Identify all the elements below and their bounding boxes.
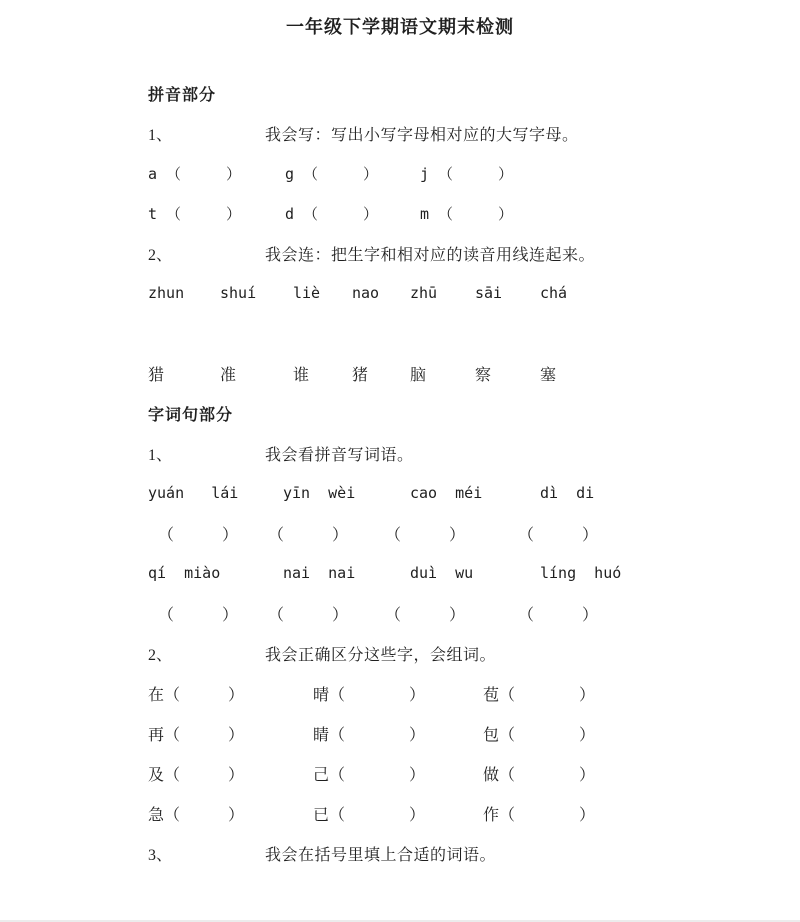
zuci-item: 苞（ ） [483, 682, 595, 705]
character-item: 察 [475, 362, 540, 385]
character-item: 准 [220, 362, 293, 385]
document-title: 一年级下学期语文期末检测 [0, 0, 800, 40]
question-number: 2、 [148, 242, 265, 265]
letter-blank-j: j （ ） [420, 163, 513, 184]
question-words-2: 2、 我会正确区分这些字，会组词。 [148, 633, 760, 673]
pinyin-syllable: liè [293, 284, 352, 302]
character-item: 猎 [148, 362, 220, 385]
answer-blank: （ ） [518, 522, 598, 545]
zuci-row-1: 在（ ） 晴（ ） 苞（ ） [148, 673, 760, 713]
zuci-item: 在（ ） [148, 682, 313, 705]
matching-character-row: 猎 准 谁 猪 脑 察 塞 [148, 353, 760, 393]
section-heading-words: 字词句部分 [148, 393, 760, 433]
pinyin-syllable: zhū [410, 284, 475, 302]
pinyin-syllable: sāi [475, 284, 540, 302]
question-text: 我会写：写出小写字母相对应的大写字母。 [265, 122, 579, 145]
letter-blank-row-1: a （ ） g （ ） j （ ） [148, 153, 760, 193]
matching-pinyin-row: zhun shuí liè nao zhū sāi chá [148, 273, 760, 313]
zuci-item: 包（ ） [483, 722, 595, 745]
zuci-item: 晴（ ） [313, 682, 483, 705]
zuci-row-3: 及（ ） 己（ ） 做（ ） [148, 753, 760, 793]
character-item: 塞 [540, 362, 556, 385]
word-pinyin: cao méi [410, 484, 540, 502]
document-body: 拼音部分 1、 我会写：写出小写字母相对应的大写字母。 a （ ） g （ ） … [0, 73, 800, 873]
blank-line [148, 313, 760, 353]
question-words-1: 1、 我会看拼音写词语。 [148, 433, 760, 473]
answer-blank: （ ） [385, 522, 518, 545]
question-text: 我会正确区分这些字，会组词。 [265, 642, 496, 665]
question-number: 1、 [148, 442, 265, 465]
zuci-item: 急（ ） [148, 802, 313, 825]
question-text: 我会连：把生字和相对应的读音用线连起来。 [265, 242, 595, 265]
zuci-item: 再（ ） [148, 722, 313, 745]
answer-blank: （ ） [518, 602, 598, 625]
pinyin-syllable: zhun [148, 284, 220, 302]
pinyin-syllable: nao [352, 284, 410, 302]
pinyin-syllable: shuí [220, 284, 293, 302]
answer-blank: （ ） [158, 602, 268, 625]
question-pinyin-1: 1、 我会写：写出小写字母相对应的大写字母。 [148, 113, 760, 153]
letter-blank-row-2: t （ ） d （ ） m （ ） [148, 193, 760, 233]
character-item: 谁 [293, 362, 352, 385]
character-item: 脑 [410, 362, 475, 385]
zuci-item: 已（ ） [313, 802, 483, 825]
zuci-item: 己（ ） [313, 762, 483, 785]
word-pinyin-row-1: yuán lái yīn wèi cao méi dì di [148, 473, 760, 513]
zuci-row-4: 急（ ） 已（ ） 作（ ） [148, 793, 760, 833]
letter-blank-a: a （ ） [148, 163, 285, 184]
word-pinyin: duì wu [410, 564, 540, 582]
answer-blank: （ ） [385, 602, 518, 625]
zuci-item: 做（ ） [483, 762, 595, 785]
letter-blank-t: t （ ） [148, 203, 285, 224]
answer-blank: （ ） [158, 522, 268, 545]
question-words-3: 3、 我会在括号里填上合适的词语。 [148, 833, 760, 873]
zuci-item: 及（ ） [148, 762, 313, 785]
section-heading-pinyin: 拼音部分 [148, 73, 760, 113]
letter-blank-m: m （ ） [420, 203, 513, 224]
word-pinyin-row-2: qí miào nai nai duì wu líng huó [148, 553, 760, 593]
word-pinyin: nai nai [283, 564, 410, 582]
letter-blank-g: g （ ） [285, 163, 420, 184]
answer-blank-row-2: （ ） （ ） （ ） （ ） [148, 593, 760, 633]
question-number: 2、 [148, 642, 265, 665]
answer-blank-row-1: （ ） （ ） （ ） （ ） [148, 513, 760, 553]
question-number: 3、 [148, 842, 265, 865]
word-pinyin: yuán lái [148, 484, 283, 502]
zuci-item: 睛（ ） [313, 722, 483, 745]
question-text: 我会看拼音写词语。 [265, 442, 414, 465]
answer-blank: （ ） [268, 602, 385, 625]
character-item: 猪 [352, 362, 410, 385]
word-pinyin: dì di [540, 484, 594, 502]
question-text: 我会在括号里填上合适的词语。 [265, 842, 496, 865]
word-pinyin: líng huó [540, 564, 621, 582]
question-number: 1、 [148, 122, 265, 145]
exam-document: 一年级下学期语文期末检测 拼音部分 1、 我会写：写出小写字母相对应的大写字母。… [0, 0, 800, 920]
zuci-row-2: 再（ ） 睛（ ） 包（ ） [148, 713, 760, 753]
pinyin-syllable: chá [540, 284, 567, 302]
answer-blank: （ ） [268, 522, 385, 545]
zuci-item: 作（ ） [483, 802, 595, 825]
word-pinyin: qí miào [148, 564, 283, 582]
question-pinyin-2: 2、 我会连：把生字和相对应的读音用线连起来。 [148, 233, 760, 273]
word-pinyin: yīn wèi [283, 484, 410, 502]
letter-blank-d: d （ ） [285, 203, 420, 224]
